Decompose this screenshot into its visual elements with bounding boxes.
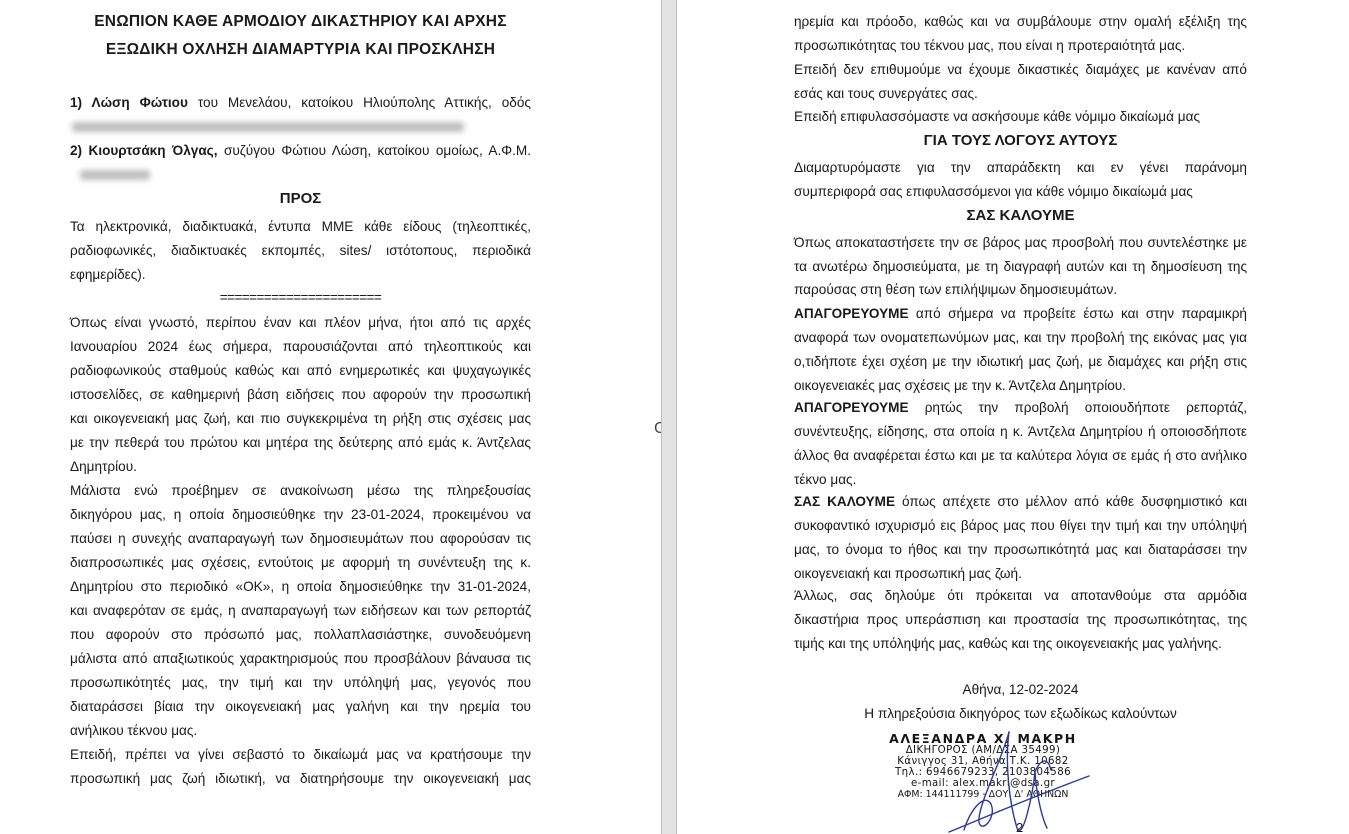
redacted-tax-id	[80, 170, 150, 180]
recipients-line: εφημερίδες).	[70, 266, 531, 284]
stamp-title: ΔΙΚΗΓΟΡΟΣ (ΑΜ/ΔΣΑ 35499)	[818, 745, 1148, 756]
text-line: παρούσας στη θέση των επιλήψιμων δημοσιε…	[794, 281, 1247, 299]
stamp-phone: Τηλ.: 6946679233, 2103804586	[818, 767, 1148, 778]
recipients-line: ραδιοφωνικές, διαδικτυακές εκπομπές, sit…	[70, 242, 531, 260]
prohibition-2: ΑΠΑΓΟΡΕΥΟΥΜΕ ρητώς την προβολή οποιουδήπ…	[794, 399, 1247, 417]
prohibition-1: ΑΠΑΓΟΡΕΥΟΥΜΕ από σήμερα να προβείτε έστω…	[794, 305, 1247, 323]
emphasis-keyword: ΑΠΑΓΟΡΕΥΟΥΜΕ	[794, 306, 909, 321]
place-date: Αθήνα, 12-02-2024	[794, 681, 1247, 699]
text-line: Δημητρίου στο περιοδικό «ΟΚ», η οποία δη…	[70, 578, 531, 596]
text-line: προσωπική μας ζωή ιδιωτική, να διατηρήσο…	[70, 770, 531, 788]
text-line: τα ανωτέρω δημοσιεύματα, με τη διαγραφή …	[794, 258, 1247, 276]
stamp-tax: ΑΦΜ: 144111799 - ΔΟΥ: Δ' ΑΘΗΝΩΝ	[818, 789, 1148, 800]
emphasis-keyword: ΣΑΣ ΚΑΛΟΥΜΕ	[794, 494, 895, 509]
document-title-line-1: ΕΝΩΠΙΟΝ ΚΑΘΕ ΑΡΜΟΔΙΟΥ ΔΙΚΑΣΤΗΡΙΟΥ ΚΑΙ ΑΡ…	[70, 13, 531, 31]
demand-paragraph: ΣΑΣ ΚΑΛΟΥΜΕ όπως απέχετε στο μέλλον από …	[794, 493, 1247, 511]
text-line: τέκνο μας.	[794, 471, 1247, 489]
party-1-name: 1) Λώση Φώτιου	[70, 95, 188, 110]
text-line: δικαστήρια προς υπεράσπιση και προστασία…	[794, 611, 1247, 629]
text-line: Επειδή επιφυλασσόμαστε να ασκήσουμε κάθε…	[794, 108, 1247, 126]
text-line: που αφορούν στο πρόσωπό μας, πολλαπλασιά…	[70, 626, 531, 644]
party-2-details: συζύγου Φώτιου Λώση, κατοίκου ομοίως, Α.…	[218, 143, 531, 158]
text-line: ιστοσελίδες, σε καθημερινή βάση ειδήσεις…	[70, 386, 531, 404]
signatory-role: Η πληρεξούσια δικηγόρος των εξωδίκως καλ…	[794, 705, 1247, 723]
text-line: ανήλικου τέκνου μας.	[70, 722, 531, 740]
text-line: Ιανουαρίου 2024 έως σήμερα, παρουσιάζοντ…	[70, 338, 531, 356]
heading-for-these-reasons: ΓΙΑ ΤΟΥΣ ΛΟΓΟΥΣ ΑΥΤΟΥΣ	[794, 132, 1247, 150]
text-line: τιμής και της υπόληψής μας, καθώς και τη…	[794, 635, 1247, 653]
document-page-1: ΕΝΩΠΙΟΝ ΚΑΘΕ ΑΡΜΟΔΙΟΥ ΔΙΚΑΣΤΗΡΙΟΥ ΚΑΙ ΑΡ…	[0, 0, 661, 834]
text-fragment: ρητώς την προβολή οποιουδήποτε ρεπορτάζ,	[909, 400, 1247, 415]
separator-line: ======================	[70, 289, 531, 307]
text-line: μάλιστα από απαξιωτικούς χαρακτηρισμούς …	[70, 650, 531, 668]
stray-glyph: C	[654, 420, 661, 438]
party-2: 2) Κιουρτσάκη Όλγας, συζύγου Φώτιου Λώση…	[70, 142, 531, 160]
text-line: δικηγόρου μας, η οποία δημοσιεύθηκε την …	[70, 506, 531, 524]
emphasis-keyword: ΑΠΑΓΟΡΕΥΟΥΜΕ	[794, 400, 909, 415]
text-line: ηρεμία και πρόοδο, καθώς και να συμβάλου…	[794, 13, 1247, 31]
document-page-2: ηρεμία και πρόοδο, καθώς και να συμβάλου…	[677, 0, 1349, 834]
text-fragment: από σήμερα να προβείτε έστω και στην παρ…	[909, 306, 1247, 321]
text-line: Επειδή δεν επιθυμούμε να έχουμε δικαστικ…	[794, 61, 1247, 79]
text-line: Άλλως, σας δηλούμε ότι πρόκειται να αποτ…	[794, 587, 1247, 605]
document-title-line-2: ΕΞΩΔΙΚΗ ΟΧΛΗΣΗ ΔΙΑΜΑΡΤΥΡΙΑ ΚΑΙ ΠΡΟΣΚΛΗΣΗ	[70, 41, 531, 59]
text-line: Επειδή, πρέπει να γίνει σεβαστό το δικαί…	[70, 746, 531, 764]
stamp-address: Κάνιγγος 31, Αθήνα Τ.Κ. 10682	[818, 756, 1148, 767]
stamp-email: e-mail: alex.makri@dsa.gr	[818, 778, 1148, 789]
text-line: Όπως αποκαταστήσετε την σε βάρος μας προ…	[794, 234, 1247, 252]
heading-we-call-you: ΣΑΣ ΚΑΛΟΥΜΕ	[794, 207, 1247, 225]
text-line: ραδιοφωνικούς σταθμούς καθώς και από ενη…	[70, 362, 531, 380]
text-line: συνέντευξης, είδησης, στα οποία η κ. Άντ…	[794, 423, 1247, 441]
party-1-details: του Μενελάου, κατοίκου Ηλιούπολης Αττική…	[188, 95, 531, 110]
text-line: ο,τιδήποτε έχει σχέση με την ιδιωτική μα…	[794, 353, 1247, 371]
text-line: με την πεθερά του πρώτου και μητέρα της …	[70, 434, 531, 452]
text-line: οικογενειακή και προσωπική μας ζωή.	[794, 565, 1247, 583]
text-line: Δημητρίου.	[70, 458, 531, 476]
to-heading: ΠΡΟΣ	[70, 190, 531, 208]
text-line: εσάς και τους συνεργάτες σας.	[794, 85, 1247, 103]
redacted-address	[72, 122, 464, 132]
text-line: διαπροσωπικές μας σχέσεις, εντούτοις με …	[70, 554, 531, 572]
lawyer-stamp: ΑΛΕΞΑΝΔΡΑ Χ. ΜΑΚΡΗ ΔΙΚΗΓΟΡΟΣ (ΑΜ/ΔΣΑ 354…	[818, 732, 1148, 800]
text-line: Μάλιστα ενώ προέβημεν σε ανακοίνωση μέσω…	[70, 482, 531, 500]
text-line: μας, το όνομα το ήθος και την προσωπικότ…	[794, 541, 1247, 559]
text-line: παύσει η συνεχής αναπαραγωγή των δημοσιε…	[70, 530, 531, 548]
text-line: προσωπικότητές μας, την τιμή και την υπό…	[70, 674, 531, 692]
page-number: 2	[1016, 820, 1023, 834]
party-1: 1) Λώση Φώτιου του Μενελάου, κατοίκου Ηλ…	[70, 94, 531, 112]
text-line: συκοφαντικό ισχυρισμό εις βάρος μας που …	[794, 517, 1247, 535]
text-line: Όπως είναι γνωστό, περίπου έναν και πλέο…	[70, 314, 531, 332]
text-line: Διαμαρτυρόμαστε για την απαράδεκτη και ε…	[794, 159, 1247, 177]
page-separator	[661, 0, 677, 834]
text-line: οικογενειακές μας σχέσεις με την κ. Άντζ…	[794, 377, 1247, 395]
party-2-name: 2) Κιουρτσάκη Όλγας,	[70, 143, 218, 158]
text-line: προσωπικότητας του τέκνου μας, που είναι…	[794, 37, 1247, 55]
text-line: άλλος θα αναφέρεται έστω και με τα καλύτ…	[794, 447, 1247, 465]
text-line: διαταράσσει βίαια την οικογενειακή μας γ…	[70, 698, 531, 716]
text-line: αναφορά των ονοματεπωνύμων μας, και την …	[794, 329, 1247, 347]
stamp-name: ΑΛΕΞΑΝΔΡΑ Χ. ΜΑΚΡΗ	[818, 732, 1148, 745]
text-line: και οικογενειακή μας ζωή, και πιο συγκεκ…	[70, 410, 531, 428]
recipients-line: Τα ηλεκτρονικά, διαδικτυακά, έντυπα ΜΜΕ …	[70, 218, 531, 236]
text-line: και αναφερόταν σε εμάς, η αναπαραγωγή τω…	[70, 602, 531, 620]
text-fragment: όπως απέχετε στο μέλλον από κάθε δυσφημι…	[895, 494, 1247, 509]
text-line: συμπεριφορά σας επιφυλασσόμενοι για κάθε…	[794, 183, 1247, 201]
